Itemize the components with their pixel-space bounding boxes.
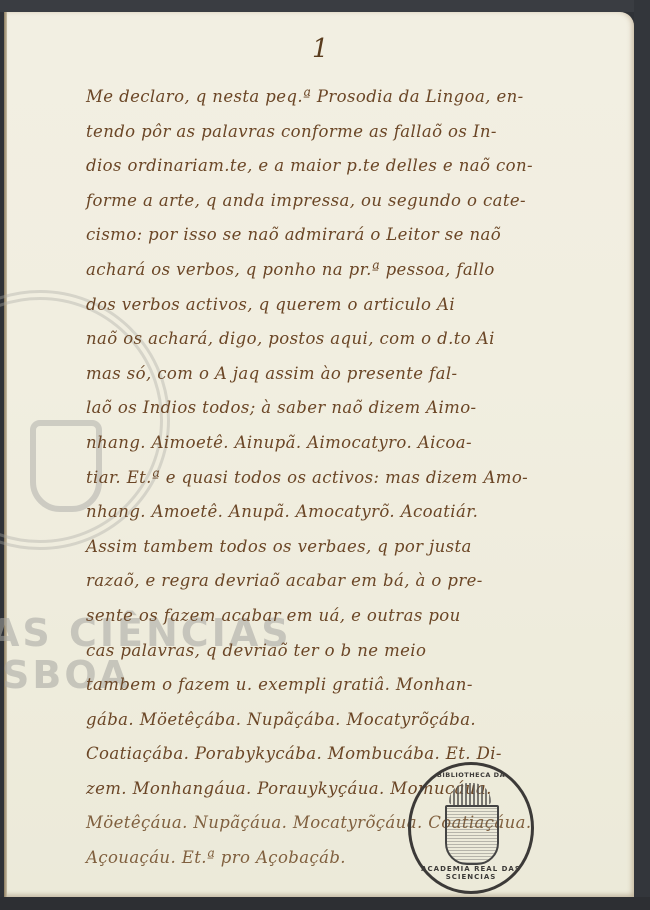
text-line: dos verbos activos, q querem o articulo …: [86, 288, 616, 323]
shield-icon: [445, 805, 499, 865]
manuscript-text: Me declaro, q nesta peq.ª Prosodia da Li…: [86, 80, 616, 876]
text-line: Möetêçáua. Nupãçáua. Mocatyrõçáua. Coati…: [86, 806, 616, 841]
scan-bottom-border: [0, 897, 650, 910]
text-line: gába. Möetêçába. Nupãçába. Mocatyrõçába.: [86, 703, 616, 738]
text-line: Coatiaçába. Porabykycába. Mombucába. Et.…: [86, 737, 616, 772]
stamp-top-text: BIBLIOTHECA DA: [411, 771, 531, 779]
text-line: Me declaro, q nesta peq.ª Prosodia da Li…: [86, 80, 616, 115]
crown-icon: [449, 783, 491, 805]
scan-top-border: [0, 0, 650, 12]
text-line: dios ordinariam.te, e a maior p.te delle…: [86, 149, 616, 184]
text-line: achará os verbos, q ponho na pr.ª pessoa…: [86, 253, 616, 288]
text-line: Assim tambem todos os verbaes, q por jus…: [86, 530, 616, 565]
text-line: forme a arte, q anda impressa, ou segund…: [86, 184, 616, 219]
text-line: nhang. Amoetê. Anupã. Amocatyrõ. Acoatiá…: [86, 495, 616, 530]
text-line: nhang. Aimoetê. Ainupã. Aimocatyro. Aico…: [86, 426, 616, 461]
text-line: zem. Monhangáua. Porauykyçáua. Momucáua.: [86, 772, 616, 807]
text-line: mas só, com o A jaq assim ào presente fa…: [86, 357, 616, 392]
text-line: tambem o fazem u. exempli gratiâ. Monhan…: [86, 668, 616, 703]
text-line: tiar. Et.ª e quasi todos os activos: mas…: [86, 461, 616, 496]
library-stamp: BIBLIOTHECA DA ACADEMIA REAL DAS SCIENCI…: [408, 762, 534, 894]
text-line: cas palavras, q devriaõ ter o b ne meio: [86, 634, 616, 669]
text-line: razaõ, e regra devriaõ acabar em bá, à o…: [86, 564, 616, 599]
stamp-bottom-text: ACADEMIA REAL DAS SCIENCIAS: [411, 865, 531, 881]
text-line: tendo pôr as palavras conforme as fallaõ…: [86, 115, 616, 150]
coat-of-arms-icon: [441, 783, 499, 863]
text-line: naõ os achará, digo, postos aqui, com o …: [86, 322, 616, 357]
text-line: Açouaçáu. Et.ª pro Açobaçáb.: [86, 841, 616, 876]
scan-right-border: [634, 0, 650, 910]
text-line: cismo: por isso se naõ admirará o Leitor…: [86, 218, 616, 253]
page-number: 1: [312, 34, 329, 64]
text-line: laõ os Indios todos; à saber naõ dizem A…: [86, 391, 616, 426]
text-line: sente os fazem acabar em uá, e outras po…: [86, 599, 616, 634]
